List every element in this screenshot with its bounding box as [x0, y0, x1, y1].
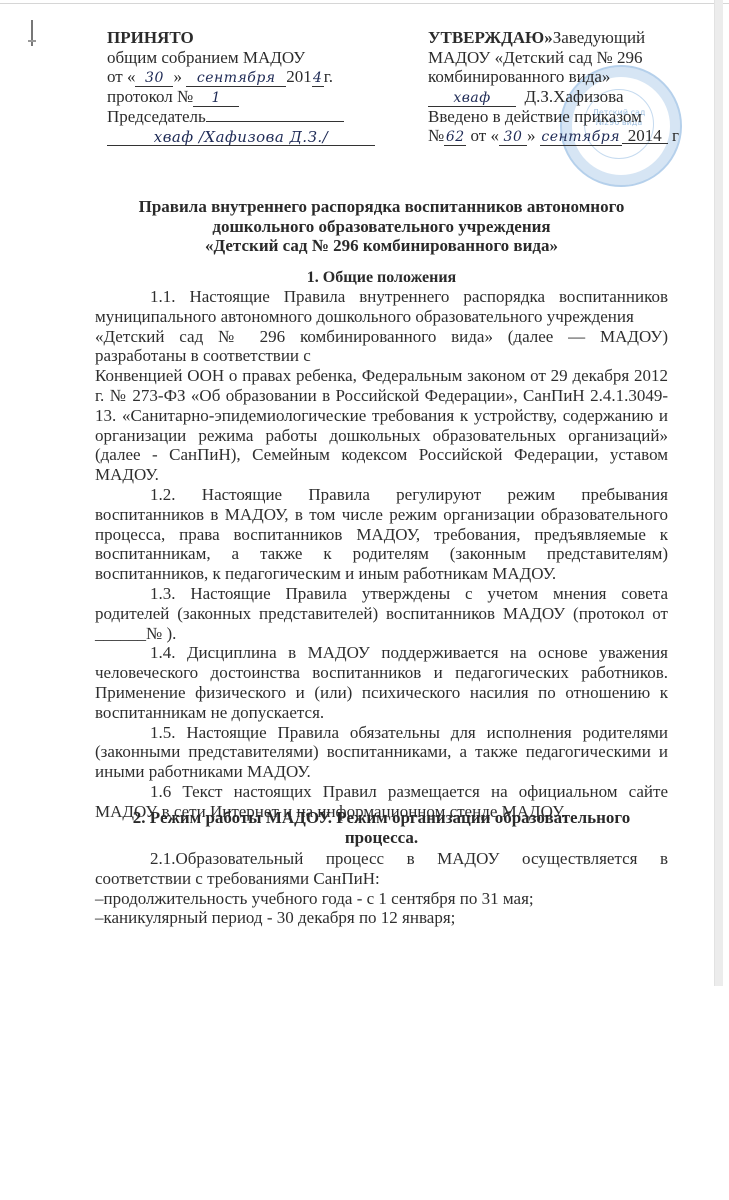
accepted-block: ПРИНЯТО общим собранием МАДОУ от «30» се… — [107, 28, 407, 146]
approved-position: Заведующий — [553, 28, 645, 47]
approved-org-line1: МАДОУ «Детский сад № 296 — [428, 48, 688, 68]
clause-1-3: 1.3. Настоящие Правила утверждены с учет… — [95, 584, 668, 643]
approved-heading: УТВЕРЖДАЮ» — [428, 28, 553, 47]
chair-line: Председатель — [107, 107, 407, 127]
enacted-line: Введено в действие приказом — [428, 107, 688, 127]
chair-signature-line: хваф /Хафизова Д.З./ — [107, 127, 407, 147]
order-day: 30 — [499, 130, 527, 146]
document-title: Правила внутреннего распорядка воспитанн… — [95, 197, 668, 256]
accepted-year-digit: 4 — [312, 71, 324, 87]
clause-1-1: 1.1. Настоящие Правила внутреннего распо… — [95, 287, 668, 327]
section-1-heading: 1. Общие положения — [95, 268, 668, 287]
accepted-protocol: протокол №1 — [107, 87, 407, 107]
order-month: сентября — [540, 130, 622, 146]
head-name: Д.З.Хафизова — [525, 87, 624, 106]
order-line: №62 от «30» сентября2014 г — [428, 126, 688, 146]
scan-top-edge — [0, 3, 729, 4]
approved-block: УТВЕРЖДАЮ»Заведующий МАДОУ «Детский сад … — [428, 28, 688, 146]
accepted-date: от «30» сентября2014г. — [107, 67, 407, 87]
clause-2-1: 2.1.Образовательный процесс в МАДОУ осущ… — [95, 849, 668, 889]
clause-1-4: 1.4. Дисциплина в МАДОУ поддерживается н… — [95, 643, 668, 722]
section-2-body: 2.1.Образовательный процесс в МАДОУ осущ… — [95, 849, 668, 928]
document-page: ПРИНЯТО общим собранием МАДОУ от «30» се… — [0, 0, 729, 1200]
list-item: –продолжительность учебного года - с 1 с… — [95, 889, 668, 909]
accepted-by: общим собранием МАДОУ — [107, 48, 407, 68]
protocol-number: 1 — [193, 91, 239, 107]
section-2-heading: 2. Режим работы МАДОУ. Режим организации… — [95, 808, 668, 848]
section-1-body: 1.1. Настоящие Правила внутреннего распо… — [95, 287, 668, 822]
order-number: 62 — [444, 130, 466, 146]
approved-signature-line: хваф Д.З.Хафизова — [428, 87, 688, 107]
clause-1-5: 1.5. Настоящие Правила обязательны для и… — [95, 723, 668, 782]
chair-signature: хваф /Хафизова Д.З./ — [107, 130, 375, 146]
accepted-heading: ПРИНЯТО — [107, 28, 194, 47]
margin-mark — [31, 20, 33, 46]
accepted-month: сентября — [186, 71, 286, 87]
order-year: 2014 — [622, 128, 668, 144]
clause-1-1-basis: Конвенцией ООН о правах ребенка, Федерал… — [95, 366, 668, 485]
list-item: –каникулярный период - 30 декабря по 12 … — [95, 908, 668, 928]
approved-org-line2: комбинированного вида» — [428, 67, 688, 87]
scan-right-edge — [714, 0, 723, 986]
head-signature: хваф — [428, 91, 516, 107]
accepted-day: 30 — [135, 71, 173, 87]
clause-1-2: 1.2. Настоящие Правила регулируют режим … — [95, 485, 668, 584]
clause-1-1-cont: «Детский сад № 296 комбинированного вида… — [95, 327, 668, 367]
